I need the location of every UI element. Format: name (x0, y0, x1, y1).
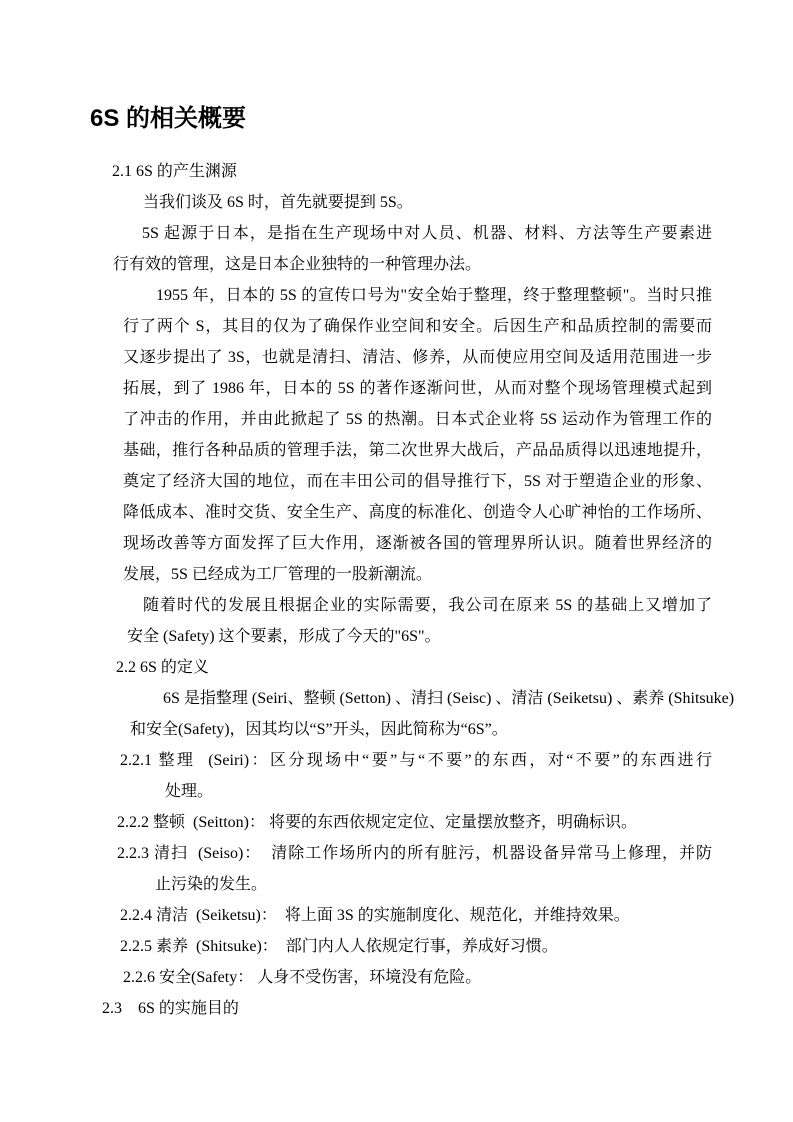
document-page: 6S 的相关概要 2.1 6S 的产生渊源当我们谈及 6S 时，首先就要提到 5… (0, 0, 793, 1122)
item-2-2-1-seiri-line-1: 2.2.1 整理 (Seiri)：区分现场中“要”与“不要”的东西，对“不要”的… (120, 745, 712, 776)
paragraph-company-6s-line-1: 随着时代的发展且根据企业的实际需要，我公司在原来 5S 的基础上又增加了 (127, 590, 712, 621)
section-heading-2-2: 2.2 6S 的定义 (116, 652, 712, 683)
item-2-2-6-safety: 2.2.6 安全(Safety： 人身不受伤害，环境没有危险。 (123, 962, 712, 993)
paragraph-definition-line-1: 6S 是指整理 (Seiri、整顿 (Setton) 、清扫 (Seisc) 、… (130, 683, 712, 714)
paragraph-history-line-5: 了冲击的作用，并由此掀起了 5S 的热潮。日本式企业将 5S 运动作为管理工作的 (123, 404, 712, 435)
paragraph-history-line-7: 奠定了经济大国的地位，而在丰田公司的倡导推行下，5S 对于塑造企业的形象、 (123, 466, 712, 497)
document-title: 6S 的相关概要 (90, 104, 712, 134)
paragraph-history-line-2: 行了两个 S，其目的仅为了确保作业空间和安全。后因生产和品质控制的需要而 (123, 311, 712, 342)
paragraph-origin-line-2: 行有效的管理，这是日本企业独特的一种管理办法。 (113, 249, 712, 280)
item-2-2-3-seiso-line-2: 止污染的发生。 (117, 869, 712, 900)
paragraph-history-line-6: 基础，推行各种品质的管理手法，第二次世界大战后，产品品质得以迅速地提升， (123, 435, 712, 466)
section-heading-2-1: 2.1 6S 的产生渊源 (112, 156, 712, 187)
paragraph-origin-line-1: 5S 起源于日本，是指在生产现场中对人员、机器、材料、方法等生产要素进 (113, 218, 712, 249)
item-2-2-2-seiton: 2.2.2 整顿 (Seitton)： 将要的东西依规定定位、定量摆放整齐，明确… (117, 807, 712, 838)
paragraph-history-line-9: 现场改善等方面发挥了巨大作用，逐渐被各国的管理界所认识。随着世界经济的 (123, 528, 712, 559)
paragraph-history-line-3: 又逐步提出了 3S，也就是清扫、清洁、修养，从而使应用空间及适用范围进一步 (123, 342, 712, 373)
document-body: 2.1 6S 的产生渊源当我们谈及 6S 时，首先就要提到 5S。5S 起源于日… (112, 156, 712, 1024)
paragraph-company-6s-line-2: 安全 (Safety) 这个要素，形成了今天的"6S"。 (127, 621, 712, 652)
paragraph-definition-line-2: 和安全(Safety)，因其均以“S”开头，因此简称为“6S”。 (130, 714, 712, 745)
paragraph-intro: 当我们谈及 6S 时，首先就要提到 5S。 (112, 187, 712, 218)
paragraph-history-line-4: 拓展，到了 1986 年，日本的 5S 的著作逐渐问世，从而对整个现场管理模式起… (123, 373, 712, 404)
paragraph-history-line-8: 降低成本、准时交货、安全生产、高度的标准化、创造令人心旷神怡的工作场所、 (123, 497, 712, 528)
paragraph-history-line-10: 发展，5S 已经成为工厂管理的一股新潮流。 (123, 559, 712, 590)
item-2-2-3-seiso-line-1: 2.2.3 清扫 (Seiso)： 清除工作场所内的所有脏污，机器设备异常马上修… (117, 838, 712, 869)
item-2-2-1-seiri-line-2: 处理。 (120, 776, 712, 807)
section-heading-2-3: 2.3 6S 的实施目的 (102, 993, 712, 1024)
paragraph-history-line-1: 1955 年，日本的 5S 的宣传口号为"安全始于整理，终于整理整顿"。当时只推 (123, 280, 712, 311)
item-2-2-4-seiketsu: 2.2.4 清洁 (Seiketsu)： 将上面 3S 的实施制度化、规范化，并… (120, 900, 712, 931)
item-2-2-5-shitsuke: 2.2.5 素养 (Shitsuke)： 部门内人人依规定行事，养成好习惯。 (120, 931, 712, 962)
